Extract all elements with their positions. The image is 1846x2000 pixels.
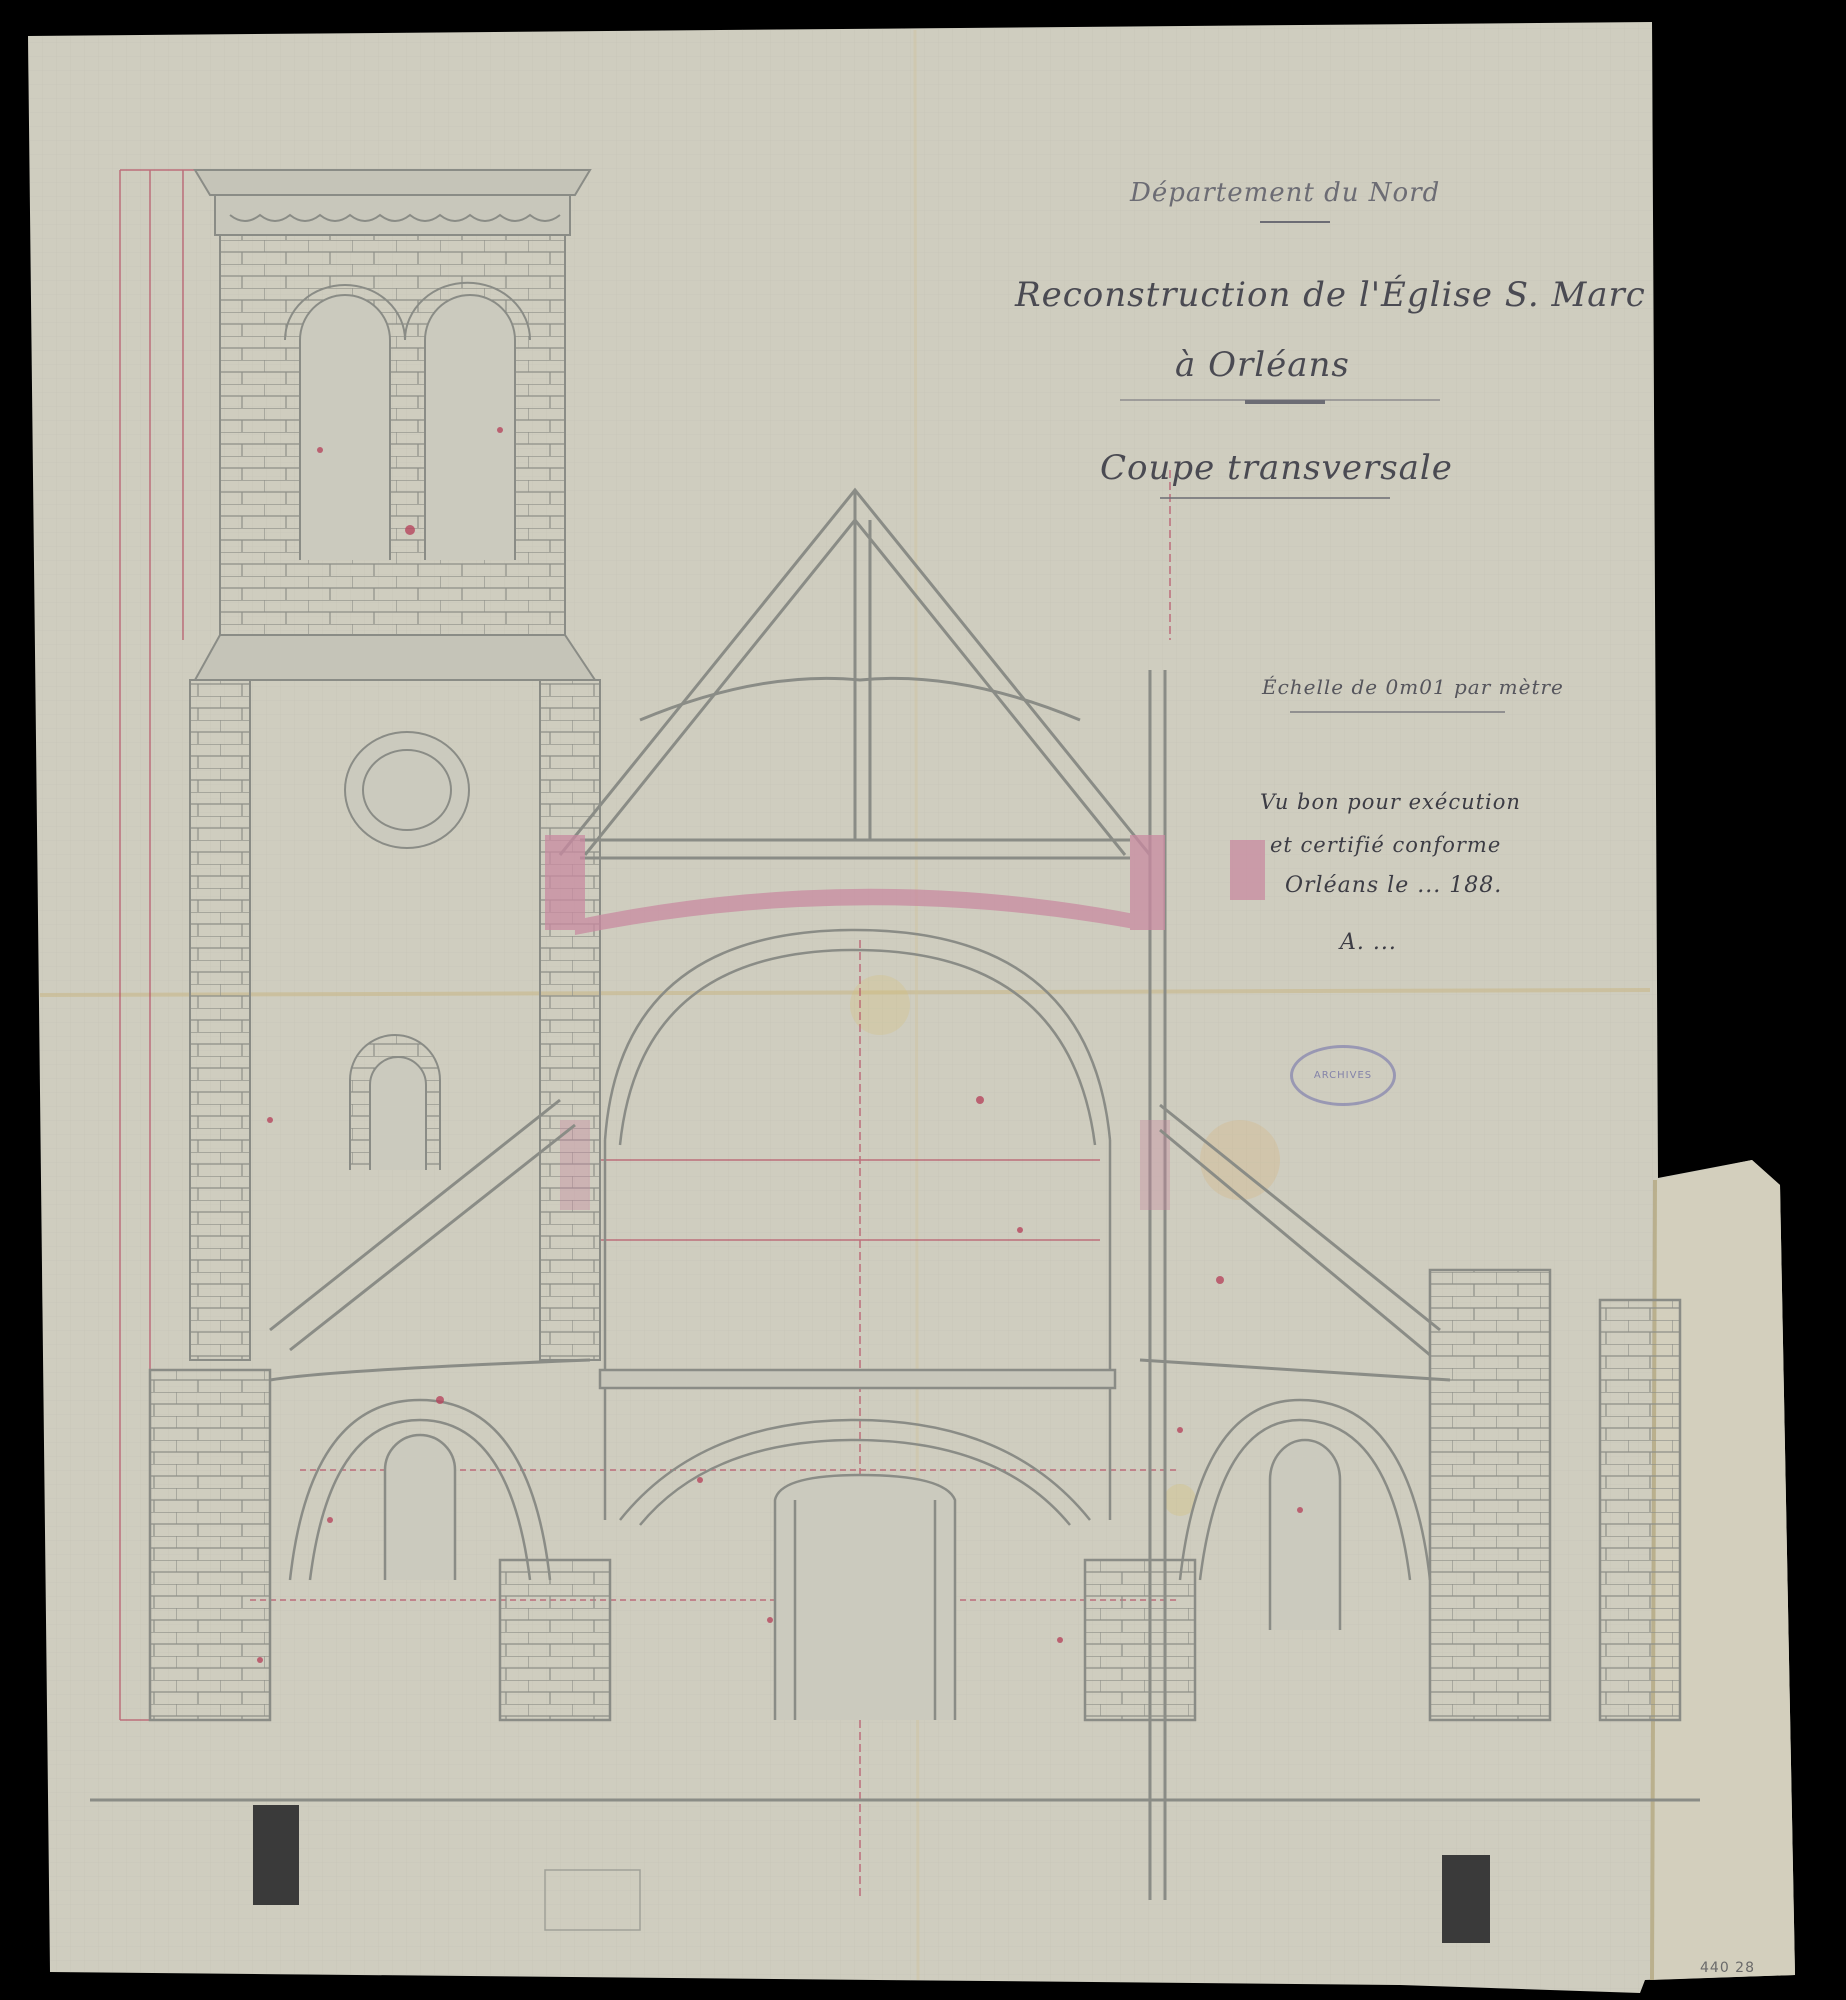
archive-stamp-icon: ARCHIVES <box>1290 1045 1396 1106</box>
archive-mark: 440 28 <box>1700 1960 1755 1976</box>
drawing-title: Reconstruction de l'Église S. Marc <box>1015 275 1646 315</box>
certification-line-3: Orléans le ... 188. <box>1285 873 1502 898</box>
certification-line-1: Vu bon pour exécution <box>1260 790 1521 814</box>
certification-line-2: et certifié conforme <box>1270 833 1501 857</box>
signature: A. ... <box>1340 930 1397 955</box>
drawing-location: à Orléans <box>1175 345 1350 385</box>
drawing-subtitle: Coupe transversale <box>1100 448 1453 488</box>
scale-note: Échelle de 0m01 par mètre <box>1262 675 1564 699</box>
department-header: Département du Nord <box>1130 178 1440 208</box>
